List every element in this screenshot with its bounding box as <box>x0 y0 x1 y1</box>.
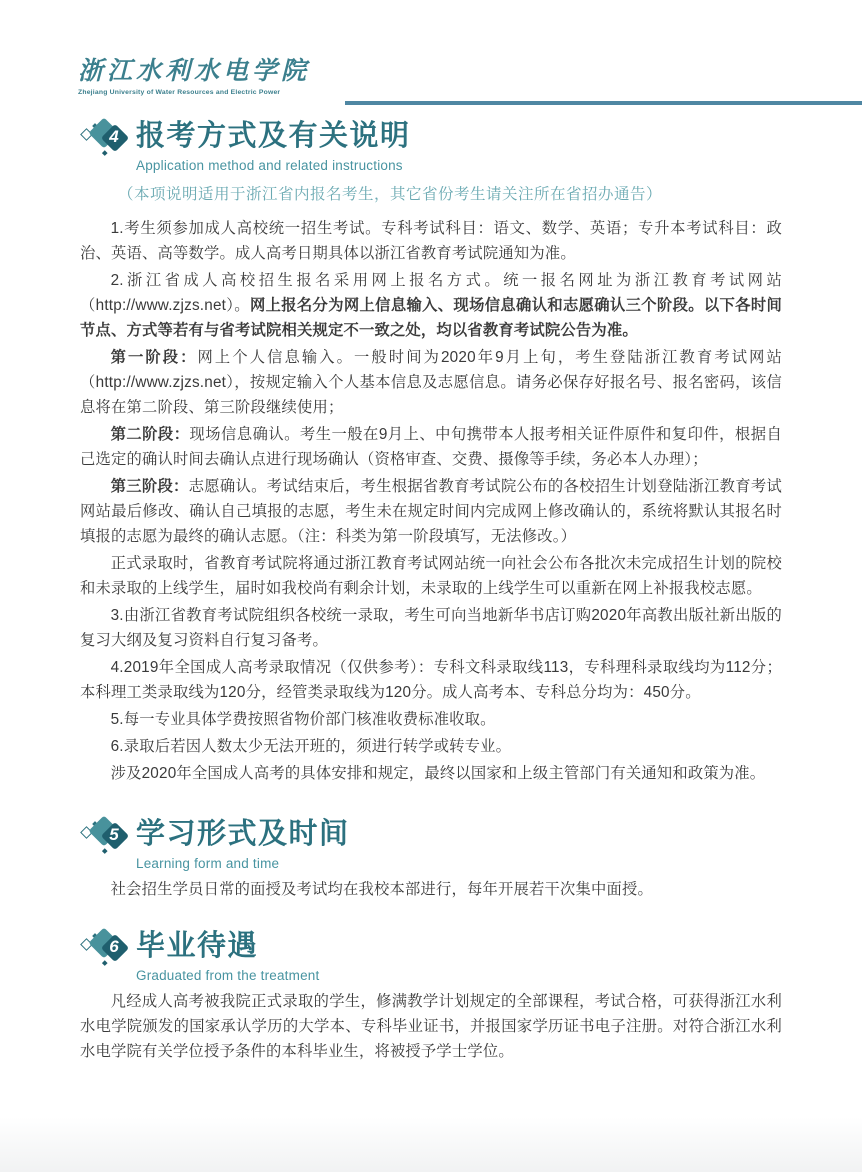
section-number-diamond-icon: 4 <box>80 118 132 158</box>
body-paragraph: 5.每一专业具体学费按照省物价部门核准收费标准收取。 <box>80 707 782 732</box>
diamond-dot-icon <box>102 960 107 965</box>
body-paragraph: 6.录取后若因人数太少无法开班的，须进行转学或转专业。 <box>80 734 782 759</box>
text-run: 3.由浙江省教育考试院组织各校统一录取，考生可向当地新华书店订购2020年高教出… <box>80 607 782 649</box>
page-bottom-gradient <box>0 1117 862 1172</box>
section-body: 凡经成人高考被我院正式录取的学生，修满教学计划规定的全部课程，考试合格，可获得浙… <box>80 989 782 1064</box>
body-paragraph: 正式录取时，省教育考试院将通过浙江教育考试网站统一向社会公布各批次未完成招生计划… <box>80 551 782 601</box>
section-subtitle-en: Learning form and time <box>136 856 782 871</box>
section-header: 5 学习形式及时间 <box>80 816 782 856</box>
body-paragraph: 凡经成人高考被我院正式录取的学生，修满教学计划规定的全部课程，考试合格，可获得浙… <box>80 989 782 1064</box>
section-number: 6 <box>102 935 126 959</box>
university-logo: 浙江水利水电学院 Zhejiang University of Water Re… <box>78 56 310 96</box>
logo-english-name: Zhejiang University of Water Resources a… <box>78 89 310 96</box>
text-run: 5.每一专业具体学费按照省物价部门核准收费标准收取。 <box>111 711 496 728</box>
text-run: 社会招生学员日常的面授及考试均在我校本部进行，每年开展若干次集中面授。 <box>111 881 653 898</box>
section-learning-form: 5 学习形式及时间 Learning form and time 社会招生学员日… <box>80 816 782 902</box>
section-number: 4 <box>102 125 126 149</box>
section-title: 报考方式及有关说明 <box>136 118 411 154</box>
section-body: 社会招生学员日常的面授及考试均在我校本部进行，每年开展若干次集中面授。 <box>80 877 782 902</box>
text-run: 凡经成人高考被我院正式录取的学生，修满教学计划规定的全部课程，考试合格，可获得浙… <box>80 993 782 1060</box>
body-paragraph: 4.2019年全国成人高考录取情况（仅供参考）：专科文科录取线113，专科理科录… <box>80 655 782 705</box>
text-run: 4.2019年全国成人高考录取情况（仅供参考）：专科文科录取线113，专科理科录… <box>80 659 782 701</box>
section-subtitle-en: Graduated from the treatment <box>136 968 782 983</box>
section-graduation-treatment: 6 毕业待遇 Graduated from the treatment 凡经成人… <box>80 928 782 1064</box>
section-header: 6 毕业待遇 <box>80 928 782 968</box>
body-paragraph: 第三阶段：志愿确认。考试结束后，考生根据省教育考试院公布的各校招生计划登陆浙江教… <box>80 474 782 549</box>
section-number-diamond-icon: 5 <box>80 816 132 856</box>
text-run: 正式录取时，省教育考试院将通过浙江教育考试网站统一向社会公布各批次未完成招生计划… <box>80 555 782 597</box>
body-paragraph: 第一阶段：网上个人信息输入。一般时间为2020年9月上旬，考生登陆浙江教育考试网… <box>80 345 782 420</box>
diamond-dot-icon <box>102 848 107 853</box>
bold-text-run: 第三阶段： <box>111 478 189 495</box>
text-run: 涉及2020年全国成人高考的具体安排和规定，最终以国家和上级主管部门有关通知和政… <box>111 765 766 782</box>
body-paragraph: 2.浙江省成人高校招生报名采用网上报名方式。统一报名网址为浙江教育考试网站（ht… <box>80 268 782 343</box>
section-application-method: 4 报考方式及有关说明 Application method and relat… <box>80 118 782 786</box>
section-body: 1.考生须参加成人高校统一招生考试。专科考试科目：语文、数学、英语；专升本考试科… <box>80 216 782 786</box>
text-run: 6.录取后若因人数太少无法开班的，须进行转学或转专业。 <box>111 738 512 755</box>
bold-text-run: 第二阶段： <box>111 426 190 443</box>
section-note: （本项说明适用于浙江省内报名考生，其它省份考生请关注所在省招办通告） <box>118 182 782 204</box>
body-paragraph: 3.由浙江省教育考试院组织各校统一录取，考生可向当地新华书店订购2020年高教出… <box>80 603 782 653</box>
section-number-diamond-icon: 6 <box>80 928 132 968</box>
document-page: 浙江水利水电学院 Zhejiang University of Water Re… <box>0 0 862 1172</box>
text-run: 1.考生须参加成人高校统一招生考试。专科考试科目：语文、数学、英语；专升本考试科… <box>80 220 782 262</box>
diamond-dot-icon <box>102 150 107 155</box>
page-header: 浙江水利水电学院 Zhejiang University of Water Re… <box>0 0 862 118</box>
section-header: 4 报考方式及有关说明 <box>80 118 782 158</box>
body-paragraph: 第二阶段：现场信息确认。考生一般在9月上、中旬携带本人报考相关证件原件和复印件，… <box>80 422 782 472</box>
header-divider-line <box>345 101 862 105</box>
section-title: 学习形式及时间 <box>136 816 350 852</box>
bold-text-run: 第一阶段： <box>111 349 198 366</box>
body-paragraph: 1.考生须参加成人高校统一招生考试。专科考试科目：语文、数学、英语；专升本考试科… <box>80 216 782 266</box>
body-paragraph: 社会招生学员日常的面授及考试均在我校本部进行，每年开展若干次集中面授。 <box>80 877 782 902</box>
section-title: 毕业待遇 <box>136 928 258 964</box>
body-paragraph: 涉及2020年全国成人高考的具体安排和规定，最终以国家和上级主管部门有关通知和政… <box>80 761 782 786</box>
logo-chinese-name: 浙江水利水电学院 <box>78 56 310 86</box>
section-subtitle-en: Application method and related instructi… <box>136 158 782 173</box>
section-number: 5 <box>102 823 126 847</box>
